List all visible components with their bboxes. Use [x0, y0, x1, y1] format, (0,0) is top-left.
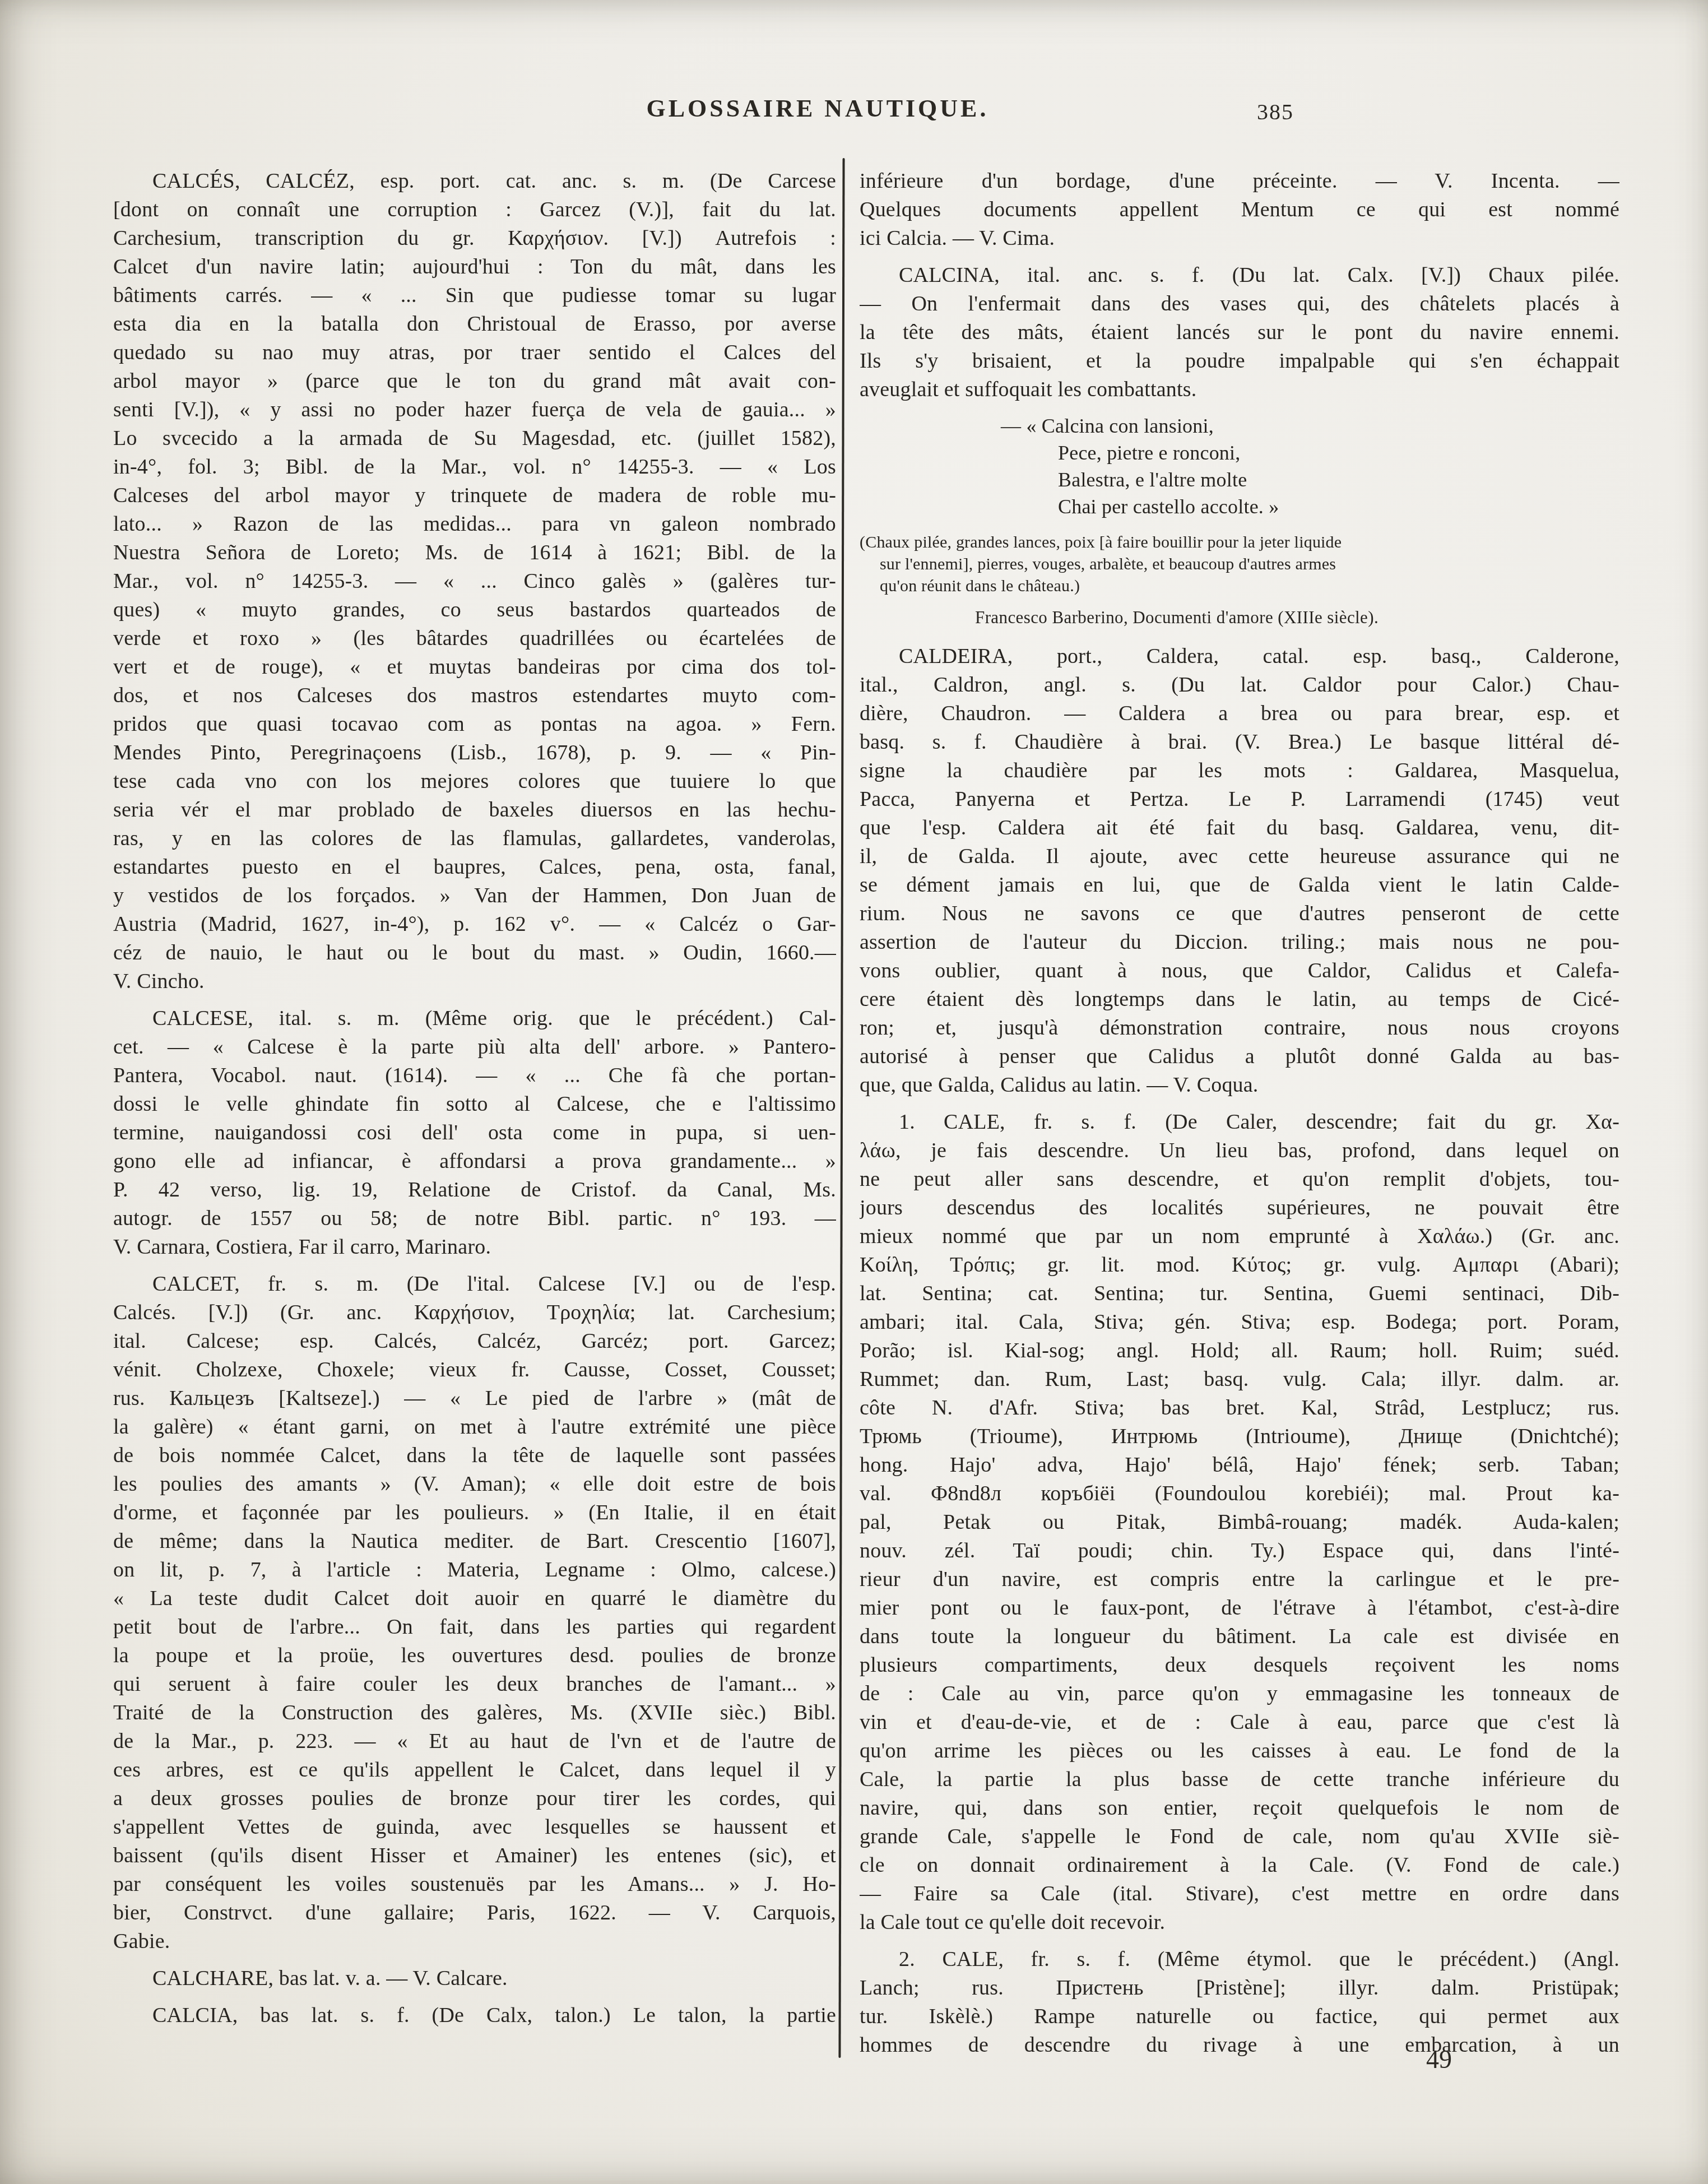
text-line: — On l'enfermait dans des vases qui, des…: [860, 290, 1619, 318]
text-line: quedado su nao muy atras, por traer sent…: [113, 339, 836, 367]
text-line: d'orme, et façonnée par les poulieurs. »…: [113, 1499, 836, 1527]
text-line: CALCIA, bas lat. s. f. (De Calx, talon.)…: [113, 2001, 836, 2030]
text-line: Gabie.: [113, 1927, 836, 1956]
text-line: ne peut aller sans descendre, et qu'on r…: [860, 1165, 1619, 1194]
text-line: de bois nommée Calcet, dans la tête de l…: [113, 1441, 836, 1470]
entry-calchare: CALCHARE, bas lat. v. a. — V. Calcare.: [113, 1964, 836, 1993]
text-line: jours descendus des localités supérieure…: [860, 1194, 1619, 1222]
text-line: se dément jamais en lui, que de Galda vi…: [860, 871, 1619, 899]
text-line: côte N. d'Afr. Stiva; bas bret. Kal, Str…: [860, 1394, 1619, 1422]
text-line: pal, Petak ou Pitak, Bimbâ-rouang; madék…: [860, 1508, 1619, 1537]
text-line: Κοίλη, Τρόπις; gr. lit. mod. Κύτος; gr. …: [860, 1251, 1619, 1279]
text-line: in-4°, fol. 3; Bibl. de la Mar., vol. n°…: [113, 453, 836, 481]
text-line: s'appellent Vettes de guinda, avec lesqu…: [113, 1813, 836, 1842]
text-line: vénit. Cholzexe, Choxele; vieux fr. Caus…: [113, 1356, 836, 1384]
text-line: mieux nommé que par un nom emprunté à Χα…: [860, 1222, 1619, 1251]
text-line: nouv. zél. Taï poudi; chin. Ty.) Espace …: [860, 1537, 1619, 1565]
text-line: de la Mar., p. 223. — « Et au haut de l'…: [113, 1727, 836, 1756]
text-line: ital. Calcese; esp. Calcés, Calcéz, Garc…: [113, 1327, 836, 1356]
text-line: pridos que quasi tocavao com as pontas n…: [113, 710, 836, 739]
text-line: Mar., vol. n° 14255-3. — « ... Cinco gal…: [113, 567, 836, 596]
text-line: Quelques documents appellent Mentum ce q…: [860, 196, 1619, 224]
text-line: cere étaient dès longtemps dans le latin…: [860, 985, 1619, 1014]
text-line: de même; dans la Nautica mediter. de Bar…: [113, 1527, 836, 1556]
left-column: CALCÉS, CALCÉZ, esp. port. cat. anc. s. …: [113, 167, 836, 2038]
text-line: Traité de la Construction des galères, M…: [113, 1699, 836, 1727]
text-line: CALCINA, ital. anc. s. f. (Du lat. Calx.…: [860, 261, 1619, 290]
text-line: y vestidos de los forçados. » Van der Ha…: [113, 882, 836, 910]
text-line: sur l'ennemi], pierres, vouges, arbalète…: [860, 553, 1619, 575]
entry-calcet: CALCET, fr. s. m. (De l'ital. Calcese [V…: [113, 1270, 836, 1956]
text-line: « La teste dudit Calcet doit auoir en qu…: [113, 1584, 836, 1613]
text-line: signe la chaudière par les mots : Galdar…: [860, 757, 1619, 785]
text-line: esta dia en la batalla don Christoual de…: [113, 310, 836, 339]
text-line: Porão; isl. Kial-sog; angl. Hold; all. R…: [860, 1337, 1619, 1365]
text-line: vons oublier, quant à nous, que Caldor, …: [860, 957, 1619, 985]
text-line: tur. Iskèlè.) Rampe naturelle ou factice…: [860, 2002, 1619, 2031]
text-line: il, de Galda. Il ajoute, avec cette heur…: [860, 842, 1619, 871]
text-line: plusieurs compartiments, deux desquels r…: [860, 1651, 1619, 1680]
text-line: ici Calcia. — V. Cima.: [860, 224, 1619, 253]
text-line: hommes de descendre du rivage à une emba…: [860, 2031, 1619, 2060]
text-line: qu'on réunit dans le château.): [860, 575, 1619, 597]
text-line: dos, et nos Calceses dos mastros estenda…: [113, 681, 836, 710]
text-line: hong. Hajo' adva, Hajo' bélâ, Hajo' féne…: [860, 1451, 1619, 1480]
text-line: les poulies des amants » (V. Aman); « el…: [113, 1470, 836, 1499]
text-line: Lanch; rus. Пристень [Pristène]; illyr. …: [860, 1974, 1619, 2002]
entry-calcese: CALCESE, ital. s. m. (Même orig. que le …: [113, 1004, 836, 1262]
text-line: navire, qui, dans son entier, reçoit que…: [860, 1794, 1619, 1823]
text-line: CALCESE, ital. s. m. (Même orig. que le …: [113, 1004, 836, 1033]
page-title: GLOSSAIRE NAUTIQUE.: [0, 94, 1635, 123]
signature-mark: 49: [1426, 2044, 1452, 2074]
text-line: Calceses del arbol mayor y trinquete de …: [113, 481, 836, 510]
text-line: 1. CALE, fr. s. f. (De Caler, descendre;…: [860, 1108, 1619, 1137]
text-line: seria vér el mar problado de baxeles diu…: [113, 796, 836, 824]
text-line: CALCET, fr. s. m. (De l'ital. Calcese [V…: [113, 1270, 836, 1299]
text-line: 2. CALE, fr. s. f. (Même étymol. que le …: [860, 1945, 1619, 1974]
text-line: Cale, la partie la plus basse de cette t…: [860, 1765, 1619, 1794]
text-line: la poupe et la proüe, les ouvertures des…: [113, 1642, 836, 1670]
text-line: petit bout de l'arbre... On fait, dans l…: [113, 1613, 836, 1642]
text-line: bâtiments carrés. — « ... Sin que pudies…: [113, 281, 836, 310]
text-line: val. Ф8nd8л коръбіёі (Foundoulou korebié…: [860, 1480, 1619, 1508]
text-line: verde et roxo » (les bâtardes quadrillée…: [113, 624, 836, 653]
entry-calcia: CALCIA, bas lat. s. f. (De Calx, talon.)…: [113, 2001, 836, 2030]
text-line: basq. s. f. Chaudière à brai. (V. Brea.)…: [860, 728, 1619, 757]
text-line: P. 42 verso, lig. 19, Relatione de Crist…: [113, 1176, 836, 1204]
entry-cale-2: 2. CALE, fr. s. f. (Même étymol. que le …: [860, 1945, 1619, 2060]
text-line: cet. — « Calcese è la parte più alta del…: [113, 1033, 836, 1061]
text-line: autorisé à penser que Calidus a plutôt d…: [860, 1042, 1619, 1071]
text-line: — « Calcina con lansioni,: [1001, 412, 1619, 439]
text-line: Pece, pietre e ronconi,: [1001, 439, 1619, 466]
text-line: Carchesium, transcription du gr. Καρχήσι…: [113, 224, 836, 253]
calcina-attribution: Francesco Barberino, Documenti d'amore (…: [860, 605, 1619, 630]
text-line: Austria (Madrid, 1627, in-4°), p. 162 v°…: [113, 910, 836, 939]
text-line: vert et de rouge), « et muytas bandeiras…: [113, 653, 836, 681]
text-line: estandartes puesto en el baupres, Calces…: [113, 853, 836, 882]
text-line: cle on donnait ordinairement à la Cale. …: [860, 1851, 1619, 1880]
scanned-book-page: GLOSSAIRE NAUTIQUE. 385 CALCÉS, CALCÉZ, …: [0, 0, 1708, 2184]
entry-calcia-continuation: inférieure d'un bordage, d'une préceinte…: [860, 167, 1619, 253]
text-line: V. Cincho.: [113, 967, 836, 996]
text-line: dière, Chaudron. — Caldera a brea ou par…: [860, 699, 1619, 728]
text-line: rus. Кальцезъ [Kaltseze].) — « Le pied d…: [113, 1384, 836, 1413]
text-line: ron; et, jusqu'à démonstration contraire…: [860, 1014, 1619, 1042]
text-line: rieur d'un navire, est compris entre la …: [860, 1565, 1619, 1594]
text-line: ces arbres, est ce qu'ils appellent le C…: [113, 1756, 836, 1784]
text-line: qui seruent à faire couler les deux bran…: [113, 1670, 836, 1699]
calcina-quotation-poem: — « Calcina con lansioni,Pece, pietre e …: [1001, 412, 1619, 520]
text-line: Pacca, Panyerna et Pertza. Le P. Larrame…: [860, 785, 1619, 814]
text-line: CALCHARE, bas lat. v. a. — V. Calcare.: [113, 1964, 836, 1993]
right-column: inférieure d'un bordage, d'une préceinte…: [860, 167, 1619, 2068]
text-line: dossi le velle ghindate fin sotto al Cal…: [113, 1090, 836, 1119]
text-line: qu'on arrime les pièces ou les caisses à…: [860, 1737, 1619, 1765]
text-line: on lit, p. 7, à l'article : Materia, Leg…: [113, 1556, 836, 1584]
page-number: 385: [1257, 99, 1294, 125]
text-line: que, que Galda, Calidus au latin. — V. C…: [860, 1071, 1619, 1100]
text-line: — Faire sa Cale (ital. Stivare), c'est m…: [860, 1880, 1619, 1908]
text-line: Mendes Pinto, Peregrinaçoens (Lisb., 167…: [113, 739, 836, 767]
entry-calcina: CALCINA, ital. anc. s. f. (Du lat. Calx.…: [860, 261, 1619, 404]
text-line: gono elle ad infiancar, è affondarsi a p…: [113, 1147, 836, 1176]
text-line: mier pont ou le faux-pont, de l'étrave à…: [860, 1594, 1619, 1622]
text-line: ras, y en las colores de las flamulas, g…: [113, 824, 836, 853]
text-line: la galère) « étant garni, on met à l'aut…: [113, 1413, 836, 1441]
text-line: CALCÉS, CALCÉZ, esp. port. cat. anc. s. …: [113, 167, 836, 196]
text-line: ambari; ital. Cala, Stiva; gén. Stiva; e…: [860, 1308, 1619, 1337]
entry-calces: CALCÉS, CALCÉZ, esp. port. cat. anc. s. …: [113, 167, 836, 996]
text-line: Calcet d'un navire latin; aujourd'hui : …: [113, 253, 836, 281]
text-line: senti [V.]), « y assi no poder hazer fue…: [113, 396, 836, 424]
text-line: λάω, je fais descendre. Un lieu bas, pro…: [860, 1137, 1619, 1165]
text-line: céz de nauio, le haut ou le bout du mast…: [113, 939, 836, 967]
text-line: ital., Caldron, angl. s. (Du lat. Caldor…: [860, 671, 1619, 699]
text-line: Nuestra Señora de Loreto; Ms. de 1614 à …: [113, 539, 836, 567]
text-line: la Cale tout ce qu'elle doit recevoir.: [860, 1908, 1619, 1937]
column-divider-rule: [838, 158, 844, 2058]
text-line: par conséquent les voiles soustenuës par…: [113, 1870, 836, 1899]
text-line: Ils s'y brisaient, et la poudre impalpab…: [860, 347, 1619, 375]
text-line: la tête des mâts, étaient lancés sur le …: [860, 318, 1619, 347]
text-line: termine, nauigandossi cosi dell' osta co…: [113, 1119, 836, 1147]
text-line: dans toute la longueur du bâtiment. La c…: [860, 1622, 1619, 1651]
text-line: (Chaux pilée, grandes lances, poix [à fa…: [860, 531, 1619, 553]
calcina-translation-note: (Chaux pilée, grandes lances, poix [à fa…: [860, 531, 1619, 597]
text-line: a deux grosses poulies de bronze pour ti…: [113, 1784, 836, 1813]
text-line: Balestra, e l'altre molte: [1001, 466, 1619, 493]
text-line: inférieure d'un bordage, d'une préceinte…: [860, 167, 1619, 196]
text-line: Pantera, Vocabol. naut. (1614). — « ... …: [113, 1061, 836, 1090]
text-line: Rummet; dan. Rum, Last; basq. vulg. Cala…: [860, 1365, 1619, 1394]
text-line: arbol mayor » (parce que le ton du grand…: [113, 367, 836, 396]
text-line: ques) « muyto grandes, co seus bastardos…: [113, 596, 836, 624]
text-line: CALDEIRA, port., Caldera, catal. esp. ba…: [860, 642, 1619, 671]
text-line: Francesco Barberino, Documenti d'amore (…: [860, 605, 1619, 630]
text-line: lato... » Razon de las medidas... para v…: [113, 510, 836, 539]
text-line: autogr. de 1557 ou 58; de notre Bibl. pa…: [113, 1204, 836, 1233]
text-line: de : Cale au vin, parce qu'on y emmagasi…: [860, 1680, 1619, 1708]
entry-cale-1: 1. CALE, fr. s. f. (De Caler, descendre;…: [860, 1108, 1619, 1937]
text-line: grande Cale, s'appelle le Fond de cale, …: [860, 1823, 1619, 1851]
text-line: tese cada vno con los mejores colores qu…: [113, 767, 836, 796]
text-line: vin et d'eau-de-vie, et de : Cale à eau,…: [860, 1708, 1619, 1737]
text-line: bier, Constrvct. d'une gallaire; Paris, …: [113, 1899, 836, 1927]
text-line: Lo svcecido a la armada de Su Magesdad, …: [113, 424, 836, 453]
text-line: que l'esp. Caldera ait été fait du basq.…: [860, 814, 1619, 842]
text-line: [dont on connaît une corruption : Garcez…: [113, 196, 836, 224]
text-line: Трюмь (Trioume), Интрюмь (Intrioume), Дн…: [860, 1422, 1619, 1451]
text-line: assertion de l'auteur du Diccion. trilin…: [860, 928, 1619, 957]
text-line: Calcés. [V.]) (Gr. anc. Καρχήσιον, Τροχη…: [113, 1299, 836, 1327]
entry-caldeira: CALDEIRA, port., Caldera, catal. esp. ba…: [860, 642, 1619, 1100]
text-line: lat. Sentina; cat. Sentina; tur. Sentina…: [860, 1279, 1619, 1308]
text-line: V. Carnara, Costiera, Far il carro, Mari…: [113, 1233, 836, 1262]
text-line: Chai per castello accolte. »: [1001, 493, 1619, 520]
text-line: aveuglait et suffoquait les combattants.: [860, 375, 1619, 404]
text-line: baissent (qu'ils disent Hisser et Amaine…: [113, 1842, 836, 1870]
text-line: rium. Nous ne savons ce que d'autres pen…: [860, 899, 1619, 928]
